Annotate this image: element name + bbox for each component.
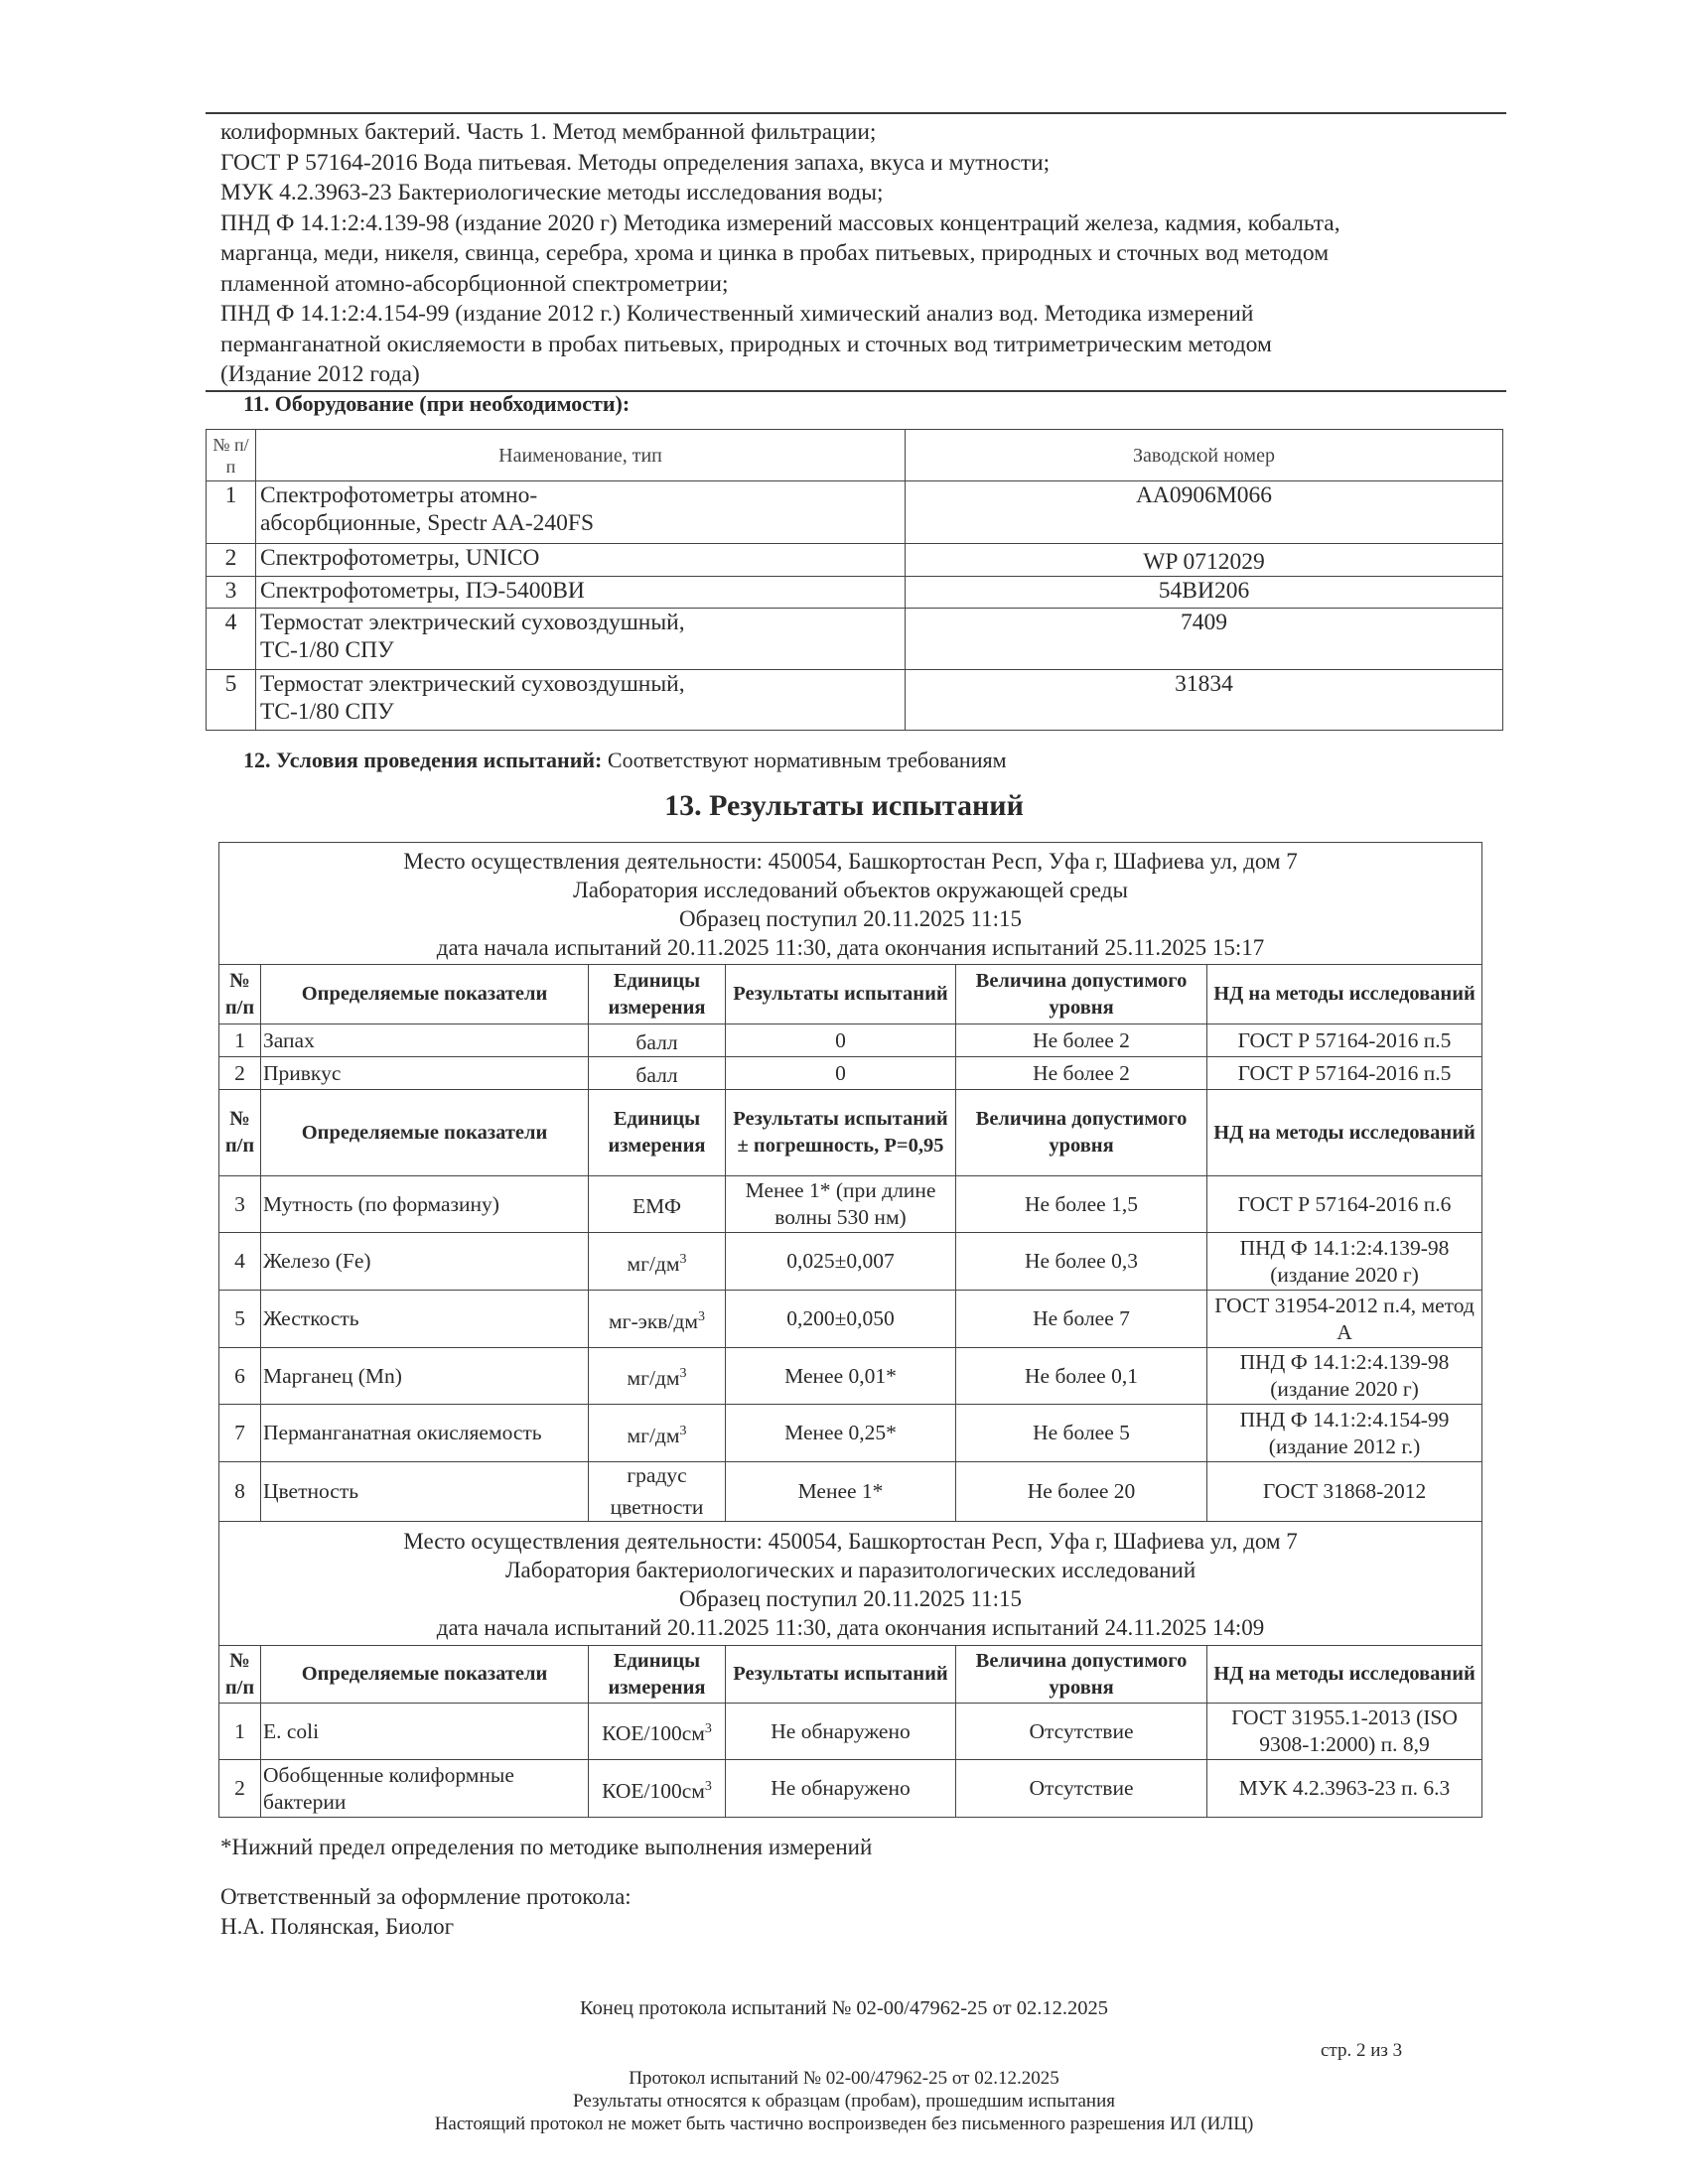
serial-number: WP 0712029	[906, 544, 1503, 577]
method-standard: ПНД Ф 14.1:2:4.139-98 (издание 2020 г)	[1207, 1348, 1482, 1405]
equipment-name: Термостат электрический суховоздушный, Т…	[256, 609, 906, 670]
result-value: Менее 0,01*	[726, 1348, 956, 1405]
header-indicator: Определяемые показатели	[261, 965, 589, 1024]
indicator-name: Обобщенные колиформные бактерии	[261, 1760, 589, 1818]
row-num: 1	[219, 1704, 261, 1760]
footer-protocol: Протокол испытаний № 02-00/47962-25 от 0…	[0, 2067, 1688, 2090]
header-num: № п/п	[219, 1646, 261, 1704]
indicator-name: Железо (Fe)	[261, 1233, 589, 1291]
result-value: Не обнаружено	[726, 1704, 956, 1760]
responsible-block: Ответственный за оформление протокола: Н…	[220, 1882, 632, 1942]
unit-exponent: 3	[679, 1252, 686, 1267]
references-list: колиформных бактерий. Часть 1. Метод мем…	[220, 117, 1511, 390]
header-method: НД на методы исследований	[1207, 965, 1482, 1024]
permissible-limit: Не более 20	[956, 1462, 1207, 1522]
result-value: 0	[726, 1057, 956, 1090]
header-result: Результаты испытаний ± погрешность, P=0,…	[726, 1090, 956, 1176]
lab-info-block: Место осуществления деятельности: 450054…	[219, 843, 1482, 965]
header-limit: Величина допустимого уровня	[956, 1090, 1207, 1176]
results-heading: 13. Результаты испытаний	[0, 789, 1688, 823]
indicator-name: Цветность	[261, 1462, 589, 1522]
header-units: Единицы измерения	[589, 965, 726, 1024]
row-num: 2	[207, 544, 256, 577]
lab-info-block: Место осуществления деятельности: 450054…	[219, 1522, 1482, 1646]
row-num: 3	[207, 577, 256, 609]
table-row: 2Привкусбалл0Не более 2ГОСТ Р 57164-2016…	[219, 1057, 1482, 1090]
indicator-name: Мутность (по формазину)	[261, 1176, 589, 1233]
row-num: 2	[219, 1057, 261, 1090]
results-rows-chemical: 3Мутность (по формазину)ЕМФМенее 1* (при…	[219, 1176, 1482, 1522]
method-standard: ГОСТ Р 57164-2016 п.5	[1207, 1057, 1482, 1090]
footer-scope: Результаты относятся к образцам (пробам)…	[0, 2090, 1688, 2113]
permissible-limit: Отсутствие	[956, 1704, 1207, 1760]
serial-number: 31834	[906, 670, 1503, 731]
header-units: Единицы измерения	[589, 1090, 726, 1176]
reference-line: ПНД Ф 14.1:2:4.139-98 (издание 2020 г) М…	[220, 208, 1511, 239]
method-standard: ГОСТ Р 57164-2016 п.5	[1207, 1024, 1482, 1057]
row-num: 3	[219, 1176, 261, 1233]
result-value: Менее 0,25*	[726, 1405, 956, 1462]
results-header-row: № п/п Определяемые показатели Единицы из…	[219, 965, 1482, 1024]
permissible-limit: Не более 1,5	[956, 1176, 1207, 1233]
header-num: № п/п	[219, 1090, 261, 1176]
reference-line: (Издание 2012 года)	[220, 359, 1511, 390]
method-standard: ПНД Ф 14.1:2:4.139-98 (издание 2020 г)	[1207, 1233, 1482, 1291]
indicator-name: Запах	[261, 1024, 589, 1057]
equipment-table: № п/п Наименование, тип Заводской номер …	[206, 429, 1503, 731]
test-conditions: 12. Условия проведения испытаний: Соотве…	[243, 748, 1007, 773]
reference-line: МУК 4.2.3963-23 Бактериологические метод…	[220, 178, 1511, 208]
sample-received: Образец поступил 20.11.2025 11:15	[219, 1584, 1481, 1613]
reference-line: перманганатной окисляемости в пробах пит…	[220, 330, 1511, 360]
table-row: 1 Спектрофотометры атомно-абсорбционные,…	[207, 481, 1503, 544]
unit: градус цветности	[589, 1462, 726, 1522]
result-value: Менее 1*	[726, 1462, 956, 1522]
equipment-name: Спектрофотометры, ПЭ-5400ВИ	[256, 577, 906, 609]
responsible-name: Н.А. Полянская, Биолог	[220, 1912, 632, 1942]
unit: мг-экв/дм3	[589, 1291, 726, 1348]
responsible-label: Ответственный за оформление протокола:	[220, 1882, 632, 1912]
row-num: 4	[207, 609, 256, 670]
sample-received: Образец поступил 20.11.2025 11:15	[219, 904, 1481, 933]
test-dates: дата начала испытаний 20.11.2025 11:30, …	[219, 933, 1481, 962]
unit-exponent: 3	[679, 1366, 686, 1381]
lab-name: Лаборатория бактериологических и паразит…	[219, 1556, 1481, 1584]
permissible-limit: Отсутствие	[956, 1760, 1207, 1818]
reference-line: ГОСТ Р 57164-2016 Вода питьевая. Методы …	[220, 148, 1511, 179]
table-row: 7Перманганатная окисляемостьмг/дм3Менее …	[219, 1405, 1482, 1462]
row-num: 8	[219, 1462, 261, 1522]
unit: ЕМФ	[589, 1176, 726, 1233]
row-num: 7	[219, 1405, 261, 1462]
unit: мг/дм3	[589, 1405, 726, 1462]
permissible-limit: Не более 7	[956, 1291, 1207, 1348]
conditions-label: 12. Условия проведения испытаний:	[243, 748, 602, 772]
table-row: 3Мутность (по формазину)ЕМФМенее 1* (при…	[219, 1176, 1482, 1233]
page-number: стр. 2 из 3	[1321, 2040, 1402, 2062]
unit: мг/дм3	[589, 1348, 726, 1405]
method-standard: ГОСТ 31868-2012	[1207, 1462, 1482, 1522]
permissible-limit: Не более 2	[956, 1057, 1207, 1090]
equipment-name: Термостат электрический суховоздушный, Т…	[256, 670, 906, 731]
unit: КОЕ/100см3	[589, 1704, 726, 1760]
row-num: 1	[207, 481, 256, 544]
results-table: Место осуществления деятельности: 450054…	[218, 842, 1482, 1818]
results-header-row: № п/п Определяемые показатели Единицы из…	[219, 1090, 1482, 1176]
footnote: *Нижний предел определения по методике в…	[220, 1835, 872, 1860]
header-limit: Величина допустимого уровня	[956, 965, 1207, 1024]
table-row: 8Цветностьградус цветностиМенее 1*Не бол…	[219, 1462, 1482, 1522]
lab-name: Лаборатория исследований объектов окружа…	[219, 876, 1481, 904]
header-method: НД на методы исследований	[1207, 1646, 1482, 1704]
page-footer: Протокол испытаний № 02-00/47962-25 от 0…	[0, 2067, 1688, 2135]
header-name: Наименование, тип	[256, 430, 906, 481]
table-row: 6Марганец (Mn)мг/дм3Менее 0,01*Не более …	[219, 1348, 1482, 1405]
header-indicator: Определяемые показатели	[261, 1090, 589, 1176]
permissible-limit: Не более 2	[956, 1024, 1207, 1057]
results-rows-microbiological: 1E. coliКОЕ/100см3Не обнаруженоОтсутстви…	[219, 1704, 1482, 1818]
permissible-limit: Не более 0,3	[956, 1233, 1207, 1291]
table-row: 1E. coliКОЕ/100см3Не обнаруженоОтсутстви…	[219, 1704, 1482, 1760]
header-result: Результаты испытаний	[726, 1646, 956, 1704]
conditions-value: Соответствуют нормативным требованиям	[608, 748, 1007, 772]
equipment-header-row: № п/п Наименование, тип Заводской номер	[207, 430, 1503, 481]
result-value: Менее 1* (при длине волны 530 нм)	[726, 1176, 956, 1233]
unit-exponent: 3	[698, 1309, 705, 1324]
unit-exponent: 3	[705, 1779, 712, 1794]
top-divider	[206, 112, 1506, 114]
indicator-name: Жесткость	[261, 1291, 589, 1348]
table-row: 1Запахбалл0Не более 2ГОСТ Р 57164-2016 п…	[219, 1024, 1482, 1057]
table-row: 5Жесткостьмг-экв/дм30,200±0,050Не более …	[219, 1291, 1482, 1348]
indicator-name: E. coli	[261, 1704, 589, 1760]
unit: балл	[589, 1024, 726, 1057]
indicator-name: Привкус	[261, 1057, 589, 1090]
table-row: 3 Спектрофотометры, ПЭ-5400ВИ 54ВИ206	[207, 577, 1503, 609]
footer-reproduction: Настоящий протокол не может быть частичн…	[0, 2113, 1688, 2135]
table-row: 2 Спектрофотометры, UNICO WP 0712029	[207, 544, 1503, 577]
row-num: 5	[219, 1291, 261, 1348]
row-num: 6	[219, 1348, 261, 1405]
method-standard: МУК 4.2.3963-23 п. 6.3	[1207, 1760, 1482, 1818]
header-indicator: Определяемые показатели	[261, 1646, 589, 1704]
reference-line: ПНД Ф 14.1:2:4.154-99 (издание 2012 г.) …	[220, 299, 1511, 330]
serial-number: 7409	[906, 609, 1503, 670]
table-row: 4 Термостат электрический суховоздушный,…	[207, 609, 1503, 670]
result-value: Не обнаружено	[726, 1760, 956, 1818]
header-num: № п/п	[219, 965, 261, 1024]
header-num: № п/п	[207, 430, 256, 481]
table-row: 2Обобщенные колиформные бактерииКОЕ/100с…	[219, 1760, 1482, 1818]
equipment-name: Спектрофотометры, UNICO	[256, 544, 906, 577]
reference-line: марганца, меди, никеля, свинца, серебра,…	[220, 238, 1511, 269]
table-row: 4Железо (Fe)мг/дм30,025±0,007Не более 0,…	[219, 1233, 1482, 1291]
permissible-limit: Не более 5	[956, 1405, 1207, 1462]
reference-line: пламенной атомно-абсорбционной спектроме…	[220, 269, 1511, 300]
header-result: Результаты испытаний	[726, 965, 956, 1024]
serial-number: AA0906M066	[906, 481, 1503, 544]
method-standard: ГОСТ 31954-2012 п.4, метод А	[1207, 1291, 1482, 1348]
header-limit: Величина допустимого уровня	[956, 1646, 1207, 1704]
unit: КОЕ/100см3	[589, 1760, 726, 1818]
unit-exponent: 3	[705, 1721, 712, 1736]
reference-line: колиформных бактерий. Часть 1. Метод мем…	[220, 117, 1511, 148]
result-value: 0	[726, 1024, 956, 1057]
serial-number: 54ВИ206	[906, 577, 1503, 609]
result-value: 0,200±0,050	[726, 1291, 956, 1348]
results-rows-organoleptic: 1Запахбалл0Не более 2ГОСТ Р 57164-2016 п…	[219, 1024, 1482, 1090]
header-method: НД на методы исследований	[1207, 1090, 1482, 1176]
method-standard: ГОСТ Р 57164-2016 п.6	[1207, 1176, 1482, 1233]
header-serial: Заводской номер	[906, 430, 1503, 481]
permissible-limit: Не более 0,1	[956, 1348, 1207, 1405]
table-row: 5 Термостат электрический суховоздушный,…	[207, 670, 1503, 731]
lab-location: Место осуществления деятельности: 450054…	[219, 1527, 1481, 1556]
lab-location: Место осуществления деятельности: 450054…	[219, 847, 1481, 876]
method-standard: ГОСТ 31955.1-2013 (ISO 9308-1:2000) п. 8…	[1207, 1704, 1482, 1760]
result-value: 0,025±0,007	[726, 1233, 956, 1291]
unit: мг/дм3	[589, 1233, 726, 1291]
header-units: Единицы измерения	[589, 1646, 726, 1704]
test-dates: дата начала испытаний 20.11.2025 11:30, …	[219, 1613, 1481, 1642]
unit-exponent: 3	[679, 1424, 686, 1438]
unit: балл	[589, 1057, 726, 1090]
row-num: 2	[219, 1760, 261, 1818]
indicator-name: Марганец (Mn)	[261, 1348, 589, 1405]
protocol-end: Конец протокола испытаний № 02-00/47962-…	[0, 1997, 1688, 2020]
results-header-row: № п/п Определяемые показатели Единицы из…	[219, 1646, 1482, 1704]
row-num: 5	[207, 670, 256, 731]
method-standard: ПНД Ф 14.1:2:4.154-99 (издание 2012 г.)	[1207, 1405, 1482, 1462]
row-num: 1	[219, 1024, 261, 1057]
indicator-name: Перманганатная окисляемость	[261, 1405, 589, 1462]
equipment-name: Спектрофотометры атомно-абсорбционные, S…	[256, 481, 906, 544]
equipment-heading: 11. Оборудование (при необходимости):	[243, 391, 630, 417]
row-num: 4	[219, 1233, 261, 1291]
